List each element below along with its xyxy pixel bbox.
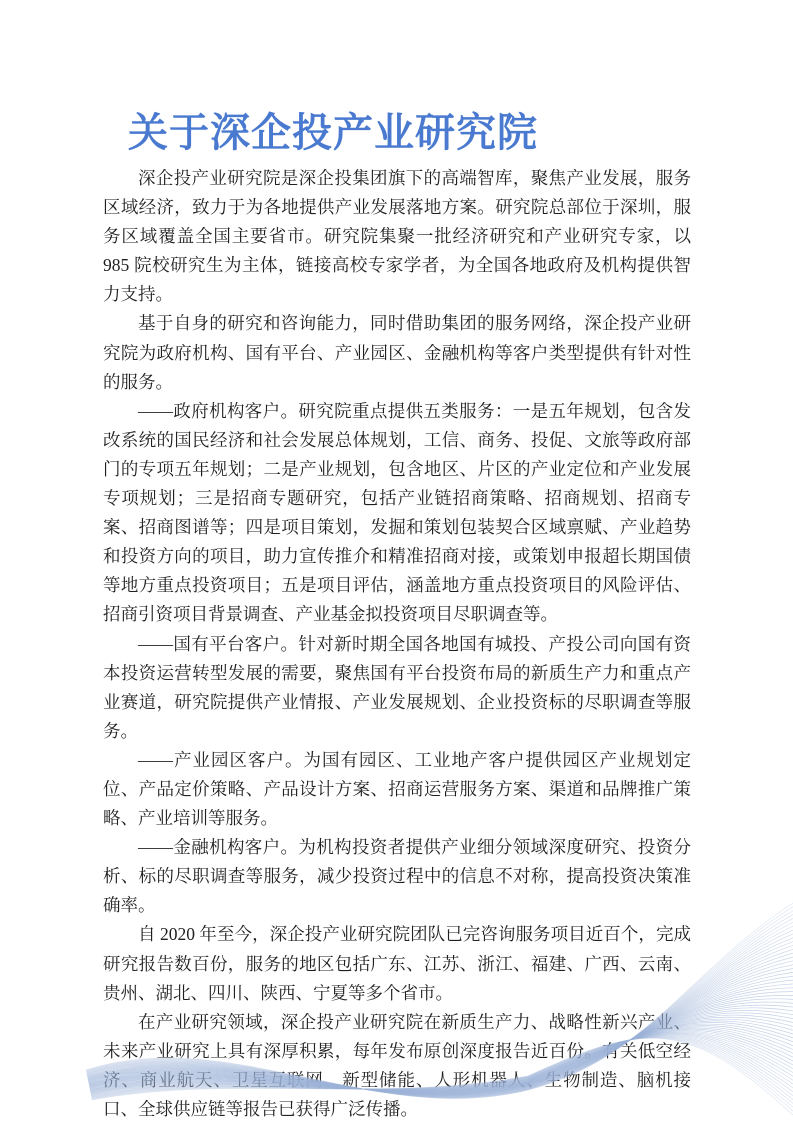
paragraph-government-clients: ——政府机构客户。研究院重点提供五类服务：一是五年规划，包含发改系统的国民经济和… xyxy=(103,397,691,630)
document-body: 深企投产业研究院是深企投集团旗下的高端智库，聚焦产业发展，服务区域经济，致力于为… xyxy=(103,164,691,1122)
paragraph-soe-platform-clients: ——国有平台客户。针对新时期全国各地国有城投、产投公司向国有资本投资运营转型发展… xyxy=(103,630,691,746)
document-page: 关于深企投产业研究院 深企投产业研究院是深企投集团旗下的高端智库，聚焦产业发展，… xyxy=(0,0,793,1122)
paragraph-industrial-park-clients: ——产业园区客户。为国有园区、工业地产客户提供园区产业规划定位、产品定价策略、产… xyxy=(103,746,691,833)
page-title: 关于深企投产业研究院 xyxy=(128,109,538,157)
paragraph-track-record: 自 2020 年至今，深企投产业研究院团队已完咨询服务项目近百个，完成研究报告数… xyxy=(103,920,691,1007)
paragraph-financial-clients: ——金融机构客户。为机构投资者提供产业细分领域深度研究、投资分析、标的尽职调查等… xyxy=(103,833,691,920)
paragraph-research-fields: 在产业研究领域，深企投产业研究院在新质生产力、战略性新兴产业、未来产业研究上具有… xyxy=(103,1008,691,1122)
paragraph-capabilities: 基于自身的研究和咨询能力，同时借助集团的服务网络，深企投产业研究院为政府机构、国… xyxy=(103,309,691,396)
paragraph-intro: 深企投产业研究院是深企投集团旗下的高端智库，聚焦产业发展，服务区域经济，致力于为… xyxy=(103,164,691,309)
